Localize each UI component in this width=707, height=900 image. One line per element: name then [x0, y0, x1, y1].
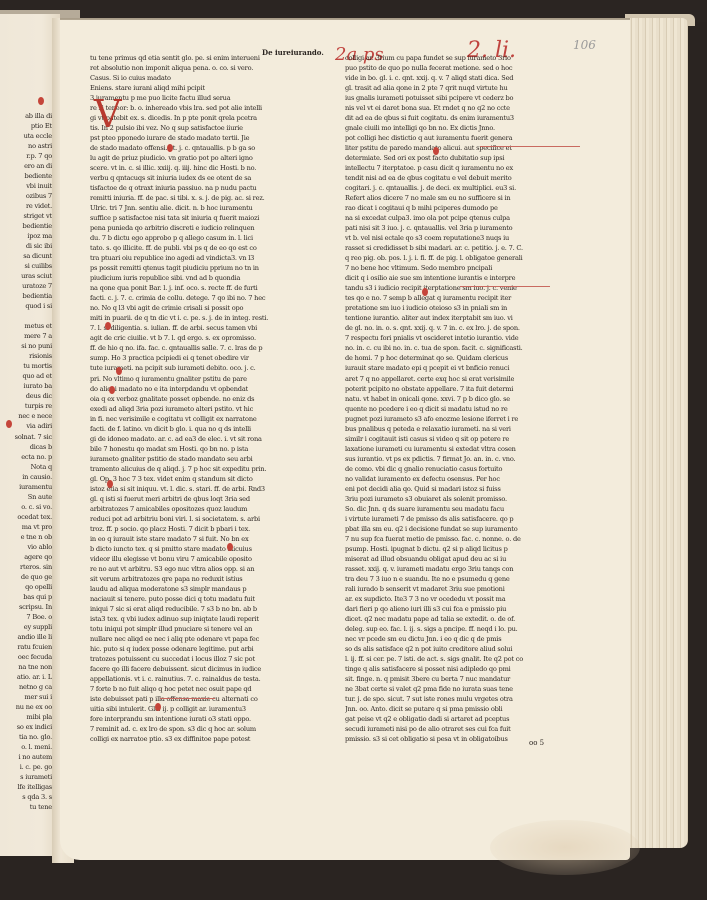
rubricated-initial: V	[94, 95, 121, 133]
text-line: tes qo e no. 7 semp b allegat q iurament…	[345, 293, 557, 303]
text-line: natu. vt habet in onicali qone. xxvi. 7 …	[345, 394, 557, 404]
text-line: laudu ad aliqua moderatone s3 simplr man…	[90, 584, 280, 594]
text-line: na qone qua ponit Bar. l. j. inf. oco. s…	[90, 283, 280, 293]
pencil-folio-number: 106	[573, 38, 596, 52]
text-line: tra ptuari oiu republice ino agedi ad vi…	[90, 253, 280, 263]
text-line: quo ad et	[0, 371, 52, 381]
text-line: nullare nec aliqd ee nec i aliq pte oden…	[90, 634, 280, 644]
text-line: secudi iurameti nisi po de alio otraret …	[345, 724, 557, 734]
text-line: striget vt	[0, 211, 52, 221]
text-line: si no puni	[0, 341, 52, 351]
text-line: agere qo	[0, 552, 52, 562]
text-line: lu agit de priuz piudicio. vn gratio pot…	[90, 153, 280, 163]
text-line: dicas b	[0, 442, 52, 452]
text-line: turpis re	[0, 401, 52, 411]
text-line: ius gnalis iurameti potuisset sibi pcipe…	[345, 93, 557, 103]
text-line: vbi inuit	[0, 181, 52, 191]
text-line: na tne non	[0, 662, 52, 672]
text-line: oia q ex verboz gnalitate posset opbende…	[90, 394, 280, 404]
text-line: tinge q alis satisfacere si posset nisi …	[345, 664, 557, 674]
text-line: 7. l. si diligentia. s. iulian. ff. de a…	[90, 323, 280, 333]
text-line: tu tene primus qd etia sentit glo. pe. s…	[90, 53, 280, 63]
text-line: no astri	[0, 141, 52, 151]
text-line: facti. c. j. 7. c. crimia de collu. dete…	[90, 293, 280, 303]
rubric-mark	[167, 144, 173, 152]
text-line: in fi. nec verisimile e cogitatu vt coll…	[90, 414, 280, 424]
text-line: so ex indici	[0, 722, 52, 732]
text-line: pot colligi hec distictio q aut iurament…	[345, 133, 557, 143]
text-line: facere qo illi facere debuissent. sicut …	[90, 664, 280, 674]
text-line: ar. ex supdicto. Ite3 7 3 no vr ocededu …	[345, 594, 557, 604]
left-page: ab illa diptio Etuta eccleno astrir.p. 7…	[0, 14, 60, 856]
text-line: no validat iuramento ex defectu osensus.…	[345, 474, 557, 484]
text-line: poterit pcipito no obstate appellare. 7 …	[345, 384, 557, 394]
text-line: dit ad ea de qbus si fuit cogitatu. ds e…	[345, 113, 557, 123]
text-line: facti. de f. latino. vn dicit b glo. i. …	[90, 424, 280, 434]
text-line: re videt.	[0, 201, 52, 211]
text-line: intellectu 7 iterptatoe. p casu dicit q …	[345, 163, 557, 173]
text-line: quente no pcedere i eo q dicit si madatu…	[345, 404, 557, 414]
text-line: ma vt pro	[0, 522, 52, 532]
text-line: exedi ad aliqd 3ria pozi iurameto alteri…	[90, 404, 280, 414]
text-line: bediente	[0, 171, 52, 181]
text-line: oec fecuda	[0, 652, 52, 662]
text-line: tramento alicuius de q aliqd. j. 7 p hoc…	[90, 464, 280, 474]
text-line: laxatione iurameti cu iuramentu si exted…	[345, 444, 557, 454]
text-line: scripsu. In	[0, 602, 52, 612]
text-line: rteros. sin	[0, 562, 52, 572]
text-line: tentione iurantio. aliter aut index iter…	[345, 313, 557, 323]
text-line: vt b. vel nisi ectale qo s3 coem reputat…	[345, 233, 557, 243]
text-line: pri. No vltimo q iuramentu gnaliter psti…	[90, 374, 280, 384]
text-line: no. in. c. cu ibi no. in. c. tua de spon…	[345, 343, 557, 353]
text-line: solnat. 7 sic	[0, 432, 52, 442]
text-line: 7 forte b no fuit aliqo q hoc petet nec …	[90, 684, 280, 694]
text-line: tu mortis	[0, 361, 52, 371]
text-line: nu ne ex oo	[0, 702, 52, 712]
text-line: lfe itelligas	[0, 782, 52, 792]
text-line: sit verum arbitratozes qre papa no redux…	[90, 574, 280, 584]
text-line: do alicui madato no e ita interpdandu vt…	[90, 384, 280, 394]
text-line: bedientia	[0, 291, 52, 301]
text-line: l. ij. ff. si cer. pe. 7 isti. de act. s…	[345, 654, 557, 664]
text-line: metus et	[0, 321, 52, 331]
text-line: 7 reminit ad. c. ex lro de spon. s3 dic …	[90, 724, 280, 734]
text-line: totu iniqui pot simplr illud pnuciare si…	[90, 624, 280, 634]
text-line: naciauit si tenere. puto posse dici q to…	[90, 594, 280, 604]
text-line: istoz etia si sit iniquu. vt. l. dic. s.…	[90, 484, 280, 494]
text-line: sump. Ho 3 practica pcipiedi ei q tenet …	[90, 353, 280, 363]
text-line: pati nisi sit 3 iuo. j. c. qntauallis. v…	[345, 223, 557, 233]
text-line: bus pnalibus q peteda e relaxatio iurame…	[345, 424, 557, 434]
text-line: in causio.	[0, 472, 52, 482]
text-line: ne 3bat certe si valet q2 pma fide no iu…	[345, 684, 557, 694]
text-line: rao dicat i cogitaui q b mihi pciperes d…	[345, 203, 557, 213]
text-line: determiate. Sed ori ex post facto dubita…	[345, 153, 557, 163]
text-line: gl. Op. 3 hoc 7 3 tex. videt enim q stan…	[90, 474, 280, 484]
text-line: du. 7 b dictu ego approbo p q allego cas…	[90, 233, 280, 243]
text-line: suffice p satisfactoe nisi tata sit iniu…	[90, 213, 280, 223]
text-line: 7 respectu fori pnialis vt oscideret int…	[345, 333, 557, 343]
text-line: gnale ciuili mo intelligi qo bn no. Ex d…	[345, 123, 557, 133]
text-line: tato. s. qo illicite. ff. de publi. vbi …	[90, 243, 280, 253]
text-line: na si excedat culpa3. imo ola pot pcipe …	[345, 213, 557, 223]
text-line: bas qui p	[0, 592, 52, 602]
text-line: de homi. 7 p hoc determinat qo se. Quida…	[345, 353, 557, 363]
text-line: ret absolutio non imponit aliqua pena. o…	[90, 63, 280, 73]
rubric-mark	[433, 147, 439, 155]
text-line: hic. puto si q iudex posse odenare legit…	[90, 644, 280, 654]
text-line: iurato ba	[0, 381, 52, 391]
text-line: re no aut vt arbitru. S3 ego nuc vltra a…	[90, 564, 280, 574]
text-line: sus iurantio. vt ps ex pdictis. 7 firmat…	[345, 454, 557, 464]
text-line: b dicto iuncto tex. q si pmitto stare ma…	[90, 544, 280, 554]
text-line: tratozes potuissent cu succedat i locus …	[90, 654, 280, 664]
text-line: ecta no. p	[0, 452, 52, 462]
text-line: puo pstito de quo po nulla fecerat metio…	[345, 63, 557, 73]
rubric-mark	[109, 386, 115, 394]
rubric-mark	[6, 420, 12, 428]
text-line: tandu s3 i iudicio recipit iterptatione …	[345, 283, 557, 293]
text-line: s iurameti	[0, 772, 52, 782]
rubric-mark	[107, 480, 113, 488]
text-line: tur. j. de spo. sicut. 7 sut iste rones …	[345, 694, 557, 704]
text-line: ab illa di	[0, 111, 52, 121]
text-line: de quo ge	[0, 572, 52, 582]
text-line: e tne n ob	[0, 532, 52, 542]
text-line: bile 7 honestu qo madat sm Hosti. qo bn …	[90, 444, 280, 454]
text-line: o. c. si vo.	[0, 502, 52, 512]
text-line: andio ille li	[0, 632, 52, 642]
text-line: uta eccle	[0, 131, 52, 141]
text-line: verbu q qntacuqs sit iniuria iudex ds ee…	[90, 173, 280, 183]
text-line: netno g ca	[0, 682, 52, 692]
text-line: tisfactoe de q otraxt iniuria passiuo. n…	[90, 183, 280, 193]
text-line: ero an di	[0, 161, 52, 171]
text-line: remitti iniuria. ff. de pac. si tibi. x.…	[90, 193, 280, 203]
text-line: similr i cogitauit isti casus si video q…	[345, 434, 557, 444]
text-line: Casus. Si io cuius madato	[90, 73, 280, 83]
text-line: vio ablo	[0, 542, 52, 552]
text-line: q reo pig. ob. pos. l. j. i. fi. ff. de …	[345, 253, 557, 263]
text-line: psump. Hosti. ipugnat b dictu. q2 si p a…	[345, 544, 557, 554]
text-line: di sic ibi	[0, 241, 52, 251]
paper-stain	[490, 820, 640, 875]
text-line: ista3 tex. q vbi iudex adinuo sup iniqta…	[90, 614, 280, 624]
rubric-mark	[38, 97, 44, 105]
text-line: cogitari. j. c. qntauallis. j. de deci. …	[345, 183, 557, 193]
text-line: sit. finge. n. q pmisit 3bere cu berta 7…	[345, 674, 557, 684]
text-line: si cuilibs	[0, 261, 52, 271]
text-line: pugnet pozi iurameto s3 afo enozme lesio…	[345, 414, 557, 424]
text-line: liter pstitu de paredo mandato alicui. a…	[345, 143, 557, 153]
signature-mark: oo 5	[529, 739, 544, 747]
text-line: deleg. sup eo. fac. l. ij. s. sigs a pnc…	[345, 624, 557, 634]
text-line: tra deu 7 3 iuo n e suandu. Ite no e psu…	[345, 574, 557, 584]
rubric-mark	[422, 288, 428, 296]
text-line: s qda 3. s	[0, 792, 52, 802]
text-line: rali iurado b senserit vt madaret 3riu s…	[345, 584, 557, 594]
text-line: uras sciut	[0, 271, 52, 281]
text-line: gl. q isti si fuerut meri arbitri de qbu…	[90, 494, 280, 504]
text-line: Nota q	[0, 462, 52, 472]
text-line: pbat illa sm eu. q2 i decisione fundat s…	[345, 524, 557, 534]
text-line: arbitratozes 7 amicabiles opositozes quo…	[90, 504, 280, 514]
text-line: tendit nisi ad ea de qbus cogitatu e vel…	[345, 173, 557, 183]
text-line: ocedat tex.	[0, 512, 52, 522]
text-line: uratoze 7	[0, 281, 52, 291]
text-line: dari fieri p qo alieno iuri illi s3 cui …	[345, 604, 557, 614]
text-line: Sn aute	[0, 492, 52, 502]
text-line: qo opelli	[0, 582, 52, 592]
text-line	[0, 311, 52, 321]
text-line: vide in bo. gl. i. c. qnt. xxij. q. v. 7…	[345, 73, 557, 83]
text-line: o. l. meni.	[0, 742, 52, 752]
text-line: nec vr pcede sm eu dictu Jnn. i eo q dic…	[345, 634, 557, 644]
text-line: piudicium iuris republice sibi. vnd ad b…	[90, 273, 280, 283]
text-line: iuramentu	[0, 482, 52, 492]
text-line: scere. vt in. c. si illic. xxiij. q. iii…	[90, 163, 280, 173]
text-line: agit de cric ciuilie. vt b 7. l. qd ergo…	[90, 333, 280, 343]
text-line: iste debuisset pati p illa offensa maxie…	[90, 694, 280, 704]
text-line: gl. trasit ad alia qone in 2 pte 7 qrit …	[345, 83, 557, 93]
text-line: so ds alis satisface q2 n pot iuito cred…	[345, 644, 557, 654]
page-stack-edges	[628, 18, 688, 848]
text-line: colligi ex narratoe ptio. s3 ex diffinit…	[90, 734, 280, 744]
text-line: deus dic	[0, 391, 52, 401]
text-line: i. c. pe. go	[0, 762, 52, 772]
text-line: pretatione sm iuo i iudicio oteioso s3 i…	[345, 303, 557, 313]
text-line: 3riu pozi iurameto s3 obuiaret als solen…	[345, 494, 557, 504]
text-line: rasset. xxij. q. v. iurameti madatu ergo…	[345, 564, 557, 574]
text-line: ff. de hio q no. ifa. fac. c. qntauallis…	[90, 343, 280, 353]
text-line: r.p. 7 qo	[0, 151, 52, 161]
text-line: videor illu elegisse vt bonu viru 7 amic…	[90, 554, 280, 564]
text-line: miti in puarii. de q tn dic vt i. c. pe.…	[90, 313, 280, 323]
text-line: bedientie	[0, 221, 52, 231]
text-line: dicit q i osilio aie sue sm intentione i…	[345, 273, 557, 283]
rubric-mark	[105, 322, 111, 330]
text-line: Jnn. oo. Anto. dicit se putare q si pma …	[345, 704, 557, 714]
text-line: So. dic Jnn. q ds suare iuramentu seu ma…	[345, 504, 557, 514]
text-line: i no autem	[0, 752, 52, 762]
text-line: 7 no bene hoc vltimum. Sedo membro pncip…	[345, 263, 557, 273]
text-line: ratu fcuien	[0, 642, 52, 652]
text-line: mer sui i	[0, 692, 52, 702]
text-line: colligi ar. 3rium cu papa fundet se sup …	[345, 53, 557, 63]
text-line: ipoz ma	[0, 231, 52, 241]
text-line: in eo q iurauit iste stare madato 7 si f…	[90, 534, 280, 544]
rubric-mark	[227, 543, 233, 551]
text-column-b: colligi ar. 3rium cu papa fundet se sup …	[345, 53, 557, 744]
text-line: appellationis. vt i. c. rainutius. 7. c.…	[90, 674, 280, 684]
text-line: atio. ar. i. L	[0, 672, 52, 682]
text-line: no. No q l3 vbi agit de crimie crisali s…	[90, 303, 280, 313]
text-line: iniqui 7 sic si erat aliqd reducibile. 7…	[90, 604, 280, 614]
text-line: de gl. no. in. o. s. qnt. xxij. q. v. 7 …	[345, 323, 557, 333]
text-line: troz. ff. p socio. qo placz Hosti. 7 dic…	[90, 524, 280, 534]
text-line: quod i si	[0, 301, 52, 311]
text-line: risionis	[0, 351, 52, 361]
text-line: 7 Boe. o	[0, 612, 52, 622]
text-line: nis vel vt ei daret bona sua. Et rndet q…	[345, 103, 557, 113]
manuscript-underline	[480, 146, 580, 147]
text-line: ey suppli	[0, 622, 52, 632]
text-line: pmissio. s3 si cet obligatio si pesa vt …	[345, 734, 557, 744]
text-line: de como. vbi dic q gnalio renuciatio cas…	[345, 464, 557, 474]
text-line: dicet. q2 nec madatu pape ad talia se ex…	[345, 614, 557, 624]
text-column-a: tu tene primus qd etia sentit glo. pe. s…	[90, 53, 280, 744]
text-line: ptio Et	[0, 121, 52, 131]
text-line: 7 nu sup fca fuerat metio de pmisso. fac…	[345, 534, 557, 544]
text-line: de stado madato offensi. vt. j. c. qntau…	[90, 143, 280, 153]
text-line: rasset si credidisset b sibi madari. ar.…	[345, 243, 557, 253]
text-line: ps possit remitti qtenus tagit piudiciu …	[90, 263, 280, 273]
rubric-mark	[116, 367, 122, 375]
text-line: mere 7 a	[0, 331, 52, 341]
text-line: iurameto gnaliter pstitio de stado manda…	[90, 454, 280, 464]
text-line: uitia sibi intulerit. Glo. ij. p colligi…	[90, 704, 280, 714]
text-line: iurauit stare madato epi q pcepit ei vt …	[345, 363, 557, 373]
text-line: miserat ad illud obsuandu obligat apud d…	[345, 554, 557, 564]
text-line: eni pot decidi alia qo. Quid si madari i…	[345, 484, 557, 494]
text-line: gi de idoneo madato. ar. c. ad ea3 de el…	[90, 434, 280, 444]
text-line: fore interprandu sm intentione iurati o3…	[90, 714, 280, 724]
text-line: Ulric. tri 7 Jnn. sentiu alie. dicit. n.…	[90, 203, 280, 213]
text-line: ozibus 7	[0, 191, 52, 201]
text-line: tu tene	[0, 802, 52, 812]
text-line: Refert alios dicere 7 no male sm eu no s…	[345, 193, 557, 203]
text-line: tia no. glo.	[0, 732, 52, 742]
manuscript-underline	[460, 286, 550, 287]
rubric-mark	[155, 703, 161, 711]
text-line: reduci pot ad arbitriu boni viri. l. si …	[90, 514, 280, 524]
manuscript-underline	[160, 698, 215, 699]
text-line: aret 7 q no appellaret. certe exq hoc si…	[345, 374, 557, 384]
text-line: gat peise vt q2 e obligatio dadi si arta…	[345, 714, 557, 724]
text-line: mibi pla	[0, 712, 52, 722]
left-page-text-column: ab illa diptio Etuta eccleno astrir.p. 7…	[0, 111, 52, 812]
text-line: sa dicunt	[0, 251, 52, 261]
text-line: i virtute iurameti 7 de pmisso ds alis s…	[345, 514, 557, 524]
text-line: pena punieda qo arbitrio discreti e iudi…	[90, 223, 280, 233]
